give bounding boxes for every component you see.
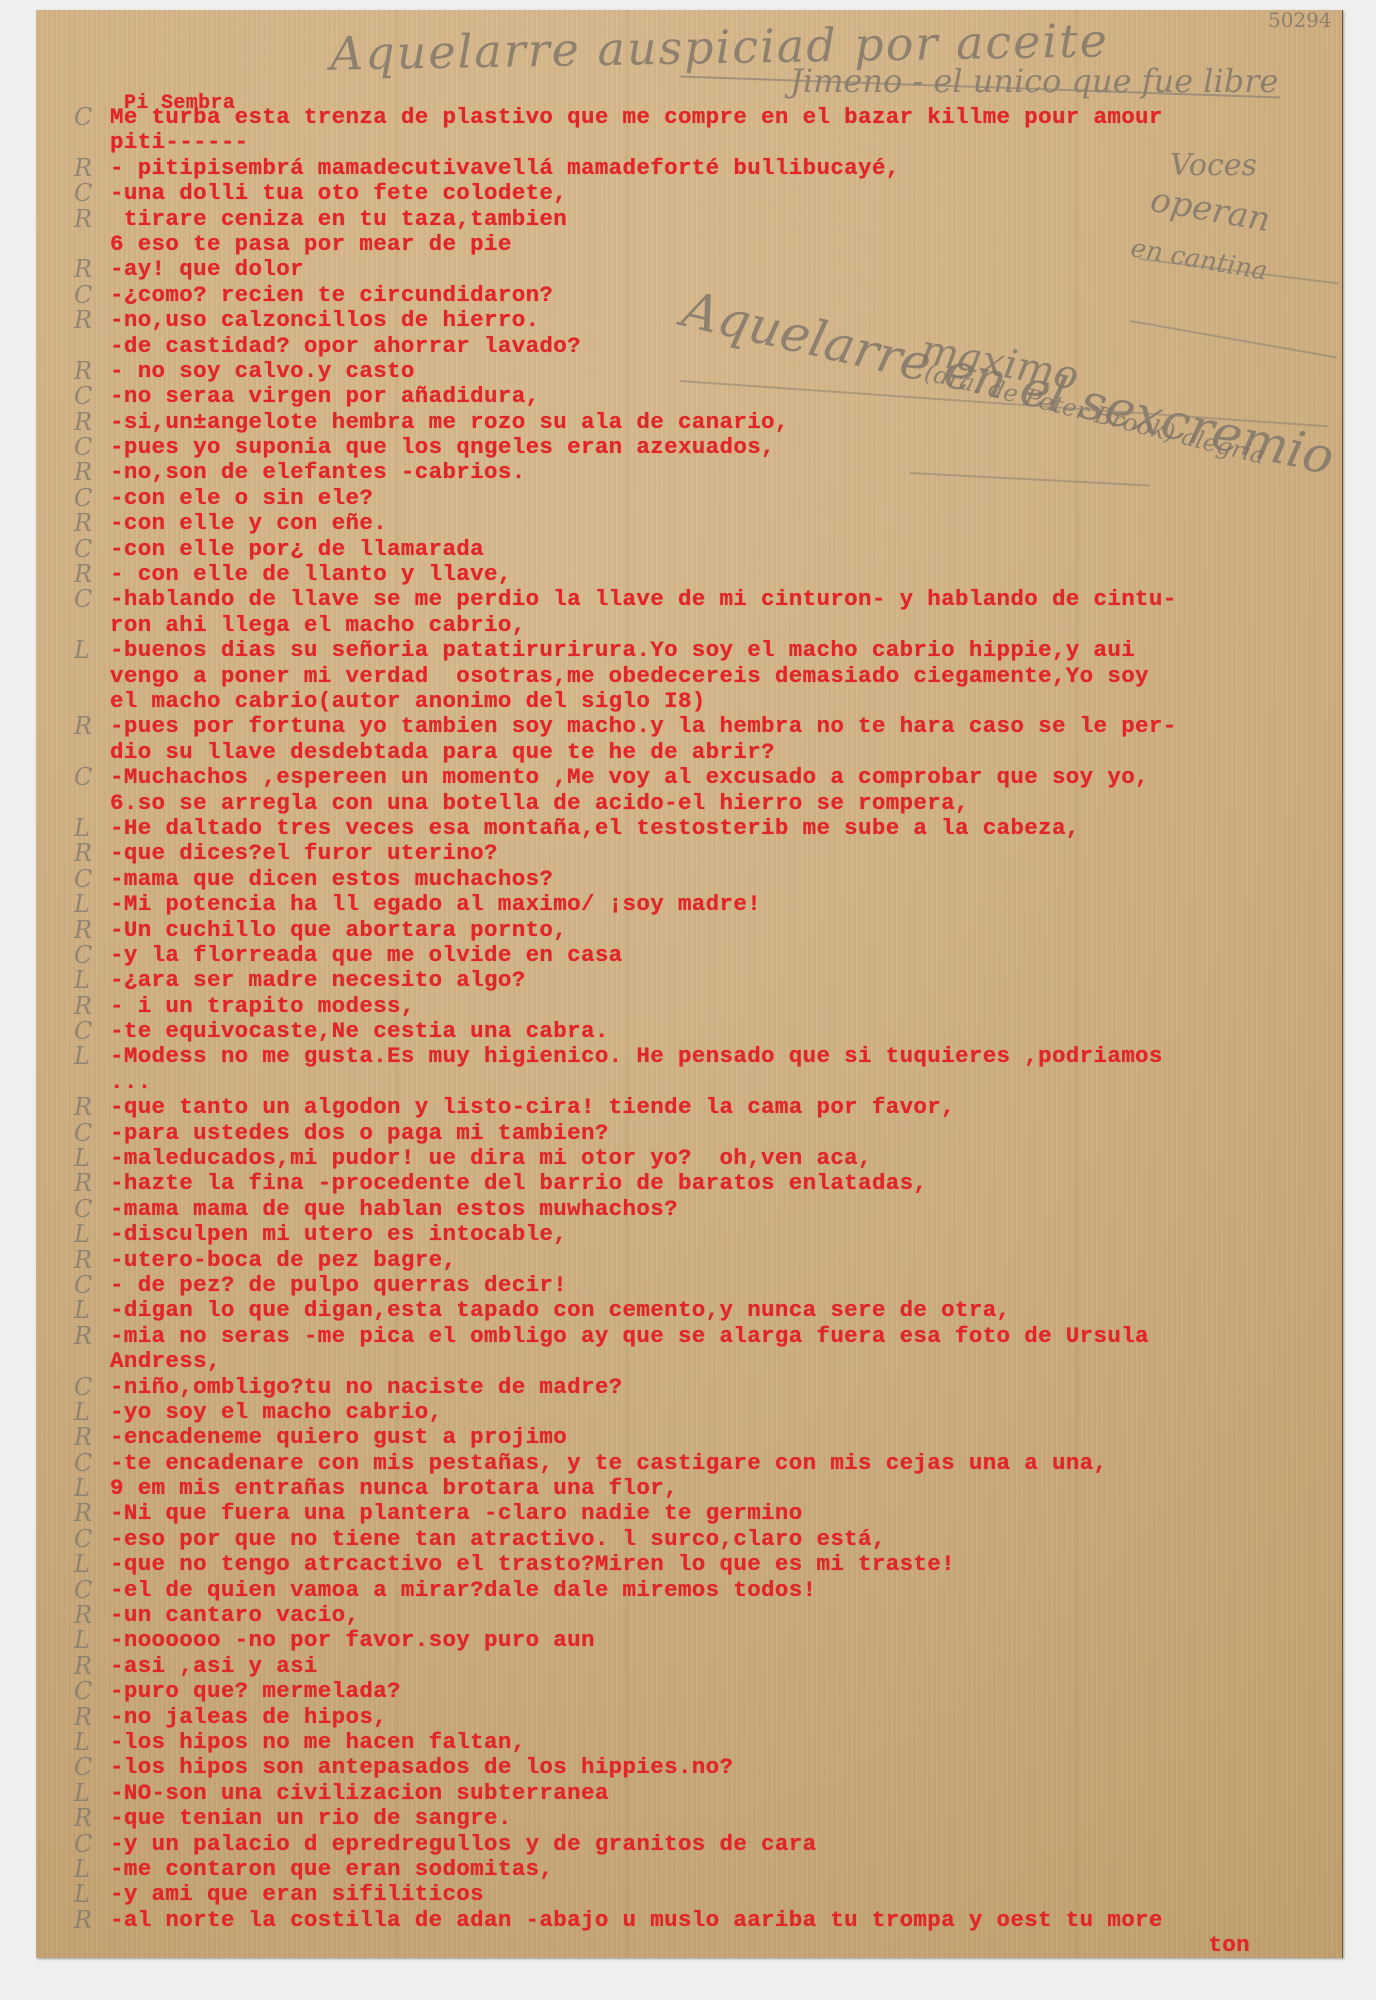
dialogue-line: R-pues por fortuna yo tambien soy macho.… [110, 714, 1330, 739]
dialogue-line: R tirare ceniza en tu taza,tambien [110, 207, 1330, 232]
speaker-mark: R [74, 1908, 92, 1933]
speaker-mark: C [74, 867, 93, 892]
speaker-mark: L [74, 638, 90, 663]
dialogue-line: L-maleducados,mi pudor! ue dira mi otor … [110, 1146, 1330, 1171]
speaker-mark: R [74, 714, 92, 739]
line-text: -Modess no me gusta.Es muy higienico. He… [110, 1043, 1163, 1069]
speaker-mark: C [74, 384, 93, 409]
line-text: -no jaleas de hipos, [110, 1704, 387, 1730]
dialogue-line: C-eso por que no tiene tan atractivo. l … [110, 1527, 1330, 1552]
speaker-mark: R [74, 1171, 92, 1196]
line-text: -¿como? recien te circundidaron? [110, 282, 553, 308]
dialogue-line: CMe turba esta trenza de plastivo que me… [110, 105, 1330, 130]
dialogue-line: C-te equivocaste,Ne cestia una cabra. [110, 1019, 1330, 1044]
dialogue-line: R-que tanto un algodon y listo-cira! tie… [110, 1095, 1330, 1120]
speaker-mark: C [74, 1197, 93, 1222]
line-text: -un cantaro vacio, [110, 1602, 359, 1628]
line-text: -y la florreada que me olvide en casa [110, 942, 623, 968]
speaker-mark: R [74, 257, 92, 282]
line-text: tirare ceniza en tu taza,tambien [110, 206, 567, 232]
speaker-mark: C [74, 435, 93, 460]
line-text: -noooooo -no por favor.soy puro aun [110, 1627, 595, 1653]
dialogue-line: 6 eso te pasa por mear de pie [110, 232, 1330, 257]
speaker-mark: R [74, 562, 92, 587]
speaker-mark: L [74, 1857, 90, 1882]
line-text: -maleducados,mi pudor! ue dira mi otor y… [110, 1145, 872, 1171]
speaker-mark: R [74, 994, 92, 1019]
line-text: -con ele o sin ele? [110, 485, 373, 511]
speaker-mark: C [74, 1527, 93, 1552]
line-text: -eso por que no tiene tan atractivo. l s… [110, 1526, 886, 1552]
dialogue-line: C-y la florreada que me olvide en casa [110, 943, 1330, 968]
line-text: -el de quien vamoa a mirar?dale dale mir… [110, 1577, 816, 1603]
line-text: vengo a poner mi verdad osotras,me obede… [110, 663, 1149, 689]
dialogue-line: L-que no tengo atrcactivo el trasto?Mire… [110, 1552, 1330, 1577]
line-text: -¿ara ser madre necesito algo? [110, 967, 526, 993]
dialogue-line: R- no soy calvo.y casto [110, 359, 1330, 384]
dialogue-line: L-NO-son una civilizacion subterranea [110, 1781, 1330, 1806]
document-number: 50294 [1268, 8, 1332, 32]
line-text: -y ami que eran sifiliticos [110, 1881, 484, 1907]
dialogue-line: piti------ [110, 130, 1330, 155]
dialogue-line: R-hazte la fina -procedente del barrio d… [110, 1171, 1330, 1196]
speaker-mark: C [74, 283, 93, 308]
speaker-mark: R [74, 1095, 92, 1120]
dialogue-line: L-¿ara ser madre necesito algo? [110, 968, 1330, 993]
dialogue-line: L9 em mis entrañas nunca brotara una flo… [110, 1476, 1330, 1501]
dialogue-line: R-un cantaro vacio, [110, 1603, 1330, 1628]
speaker-mark: L [74, 1222, 90, 1247]
line-text: -yo soy el macho cabrio, [110, 1399, 442, 1425]
speaker-mark: L [74, 968, 90, 993]
line-text: -NO-son una civilizacion subterranea [110, 1780, 609, 1806]
line-text: ron ahi llega el macho cabrio, [110, 612, 526, 638]
line-text: - de pez? de pulpo querras decir! [110, 1272, 567, 1298]
dialogue-line: C-mama mama de que hablan estos muwhacho… [110, 1197, 1330, 1222]
dialogue-line: R-utero-boca de pez bagre, [110, 1248, 1330, 1273]
speaker-mark: L [74, 1146, 90, 1171]
dialogue-line: el macho cabrio(autor anonimo del siglo … [110, 689, 1330, 714]
line-text: -de castidad? opor ahorrar lavado? [110, 333, 581, 359]
line-text: -mama mama de que hablan estos muwhachos… [110, 1196, 678, 1222]
dialogue-line: R- i un trapito modess, [110, 994, 1330, 1019]
speaker-mark: L [74, 892, 90, 917]
line-text: 9 em mis entrañas nunca brotara una flor… [110, 1475, 678, 1501]
line-text: -no seraa virgen por añadidura, [110, 383, 539, 409]
dialogue-line: C-hablando de llave se me perdio la llav… [110, 587, 1330, 612]
speaker-mark: R [74, 1501, 92, 1526]
line-text: -utero-boca de pez bagre, [110, 1247, 456, 1273]
dialogue-line: C-el de quien vamoa a mirar?dale dale mi… [110, 1578, 1330, 1603]
speaker-mark: C [74, 943, 93, 968]
speaker-mark: R [74, 1654, 92, 1679]
dialogue-line: L-Mi potencia ha ll egado al maximo/ ¡so… [110, 892, 1330, 917]
line-text: -Ni que fuera una plantera -claro nadie … [110, 1500, 803, 1526]
line-text: - no soy calvo.y casto [110, 358, 415, 384]
dialogue-line: C-¿como? recien te circundidaron? [110, 283, 1330, 308]
speaker-mark: C [74, 1273, 93, 1298]
dialogue-line: C- de pez? de pulpo querras decir! [110, 1273, 1330, 1298]
speaker-mark: R [74, 460, 92, 485]
dialogue-line: L-noooooo -no por favor.soy puro aun [110, 1628, 1330, 1653]
line-text: dio su llave desdebtada para que te he d… [110, 739, 775, 765]
dialogue-line: ton [110, 1933, 1330, 1958]
line-text: -con elle por¿ de llamarada [110, 536, 484, 562]
line-text: -te equivocaste,Ne cestia una cabra. [110, 1018, 609, 1044]
speaker-mark: C [74, 1121, 93, 1146]
dialogue-line: R-encadeneme quiero gust a projimo [110, 1425, 1330, 1450]
typed-dialogue: Pi Sembra CMe turba esta trenza de plast… [110, 105, 1330, 1959]
line-text: -no,son de elefantes -cabrios. [110, 459, 526, 485]
speaker-mark: C [74, 105, 93, 130]
line-text: 6.so se arregla con una botella de acido… [110, 790, 969, 816]
speaker-mark: R [74, 410, 92, 435]
dialogue-line: vengo a poner mi verdad osotras,me obede… [110, 664, 1330, 689]
line-text: -asi ,asi y asi [110, 1653, 318, 1679]
speaker-mark: R [74, 1705, 92, 1730]
dialogue-line: R-al norte la costilla de adan -abajo u … [110, 1908, 1330, 1933]
speaker-mark: C [74, 1375, 93, 1400]
speaker-mark: C [74, 486, 93, 511]
line-text: -niño,ombligo?tu no naciste de madre? [110, 1374, 623, 1400]
line-text: ... [110, 1069, 152, 1095]
speaker-mark: C [74, 1019, 93, 1044]
dialogue-line: R- pitipisembrá mamadecutivavellá mamade… [110, 156, 1330, 181]
dialogue-line: R-Un cuchillo que abortara pornto, [110, 918, 1330, 943]
line-text: -puro que? mermelada? [110, 1678, 401, 1704]
speaker-mark: C [74, 537, 93, 562]
line-text: -Un cuchillo que abortara pornto, [110, 917, 567, 943]
speaker-mark: C [74, 1451, 93, 1476]
line-text: -disculpen mi utero es intocable, [110, 1221, 567, 1247]
dialogue-line: C-no seraa virgen por añadidura, [110, 384, 1330, 409]
line-text: -los hipos no me hacen faltan, [110, 1729, 526, 1755]
dialogue-line: L-me contaron que eran sodomitas, [110, 1857, 1330, 1882]
speaker-mark: L [74, 1781, 90, 1806]
dialogue-line: L-digan lo que digan,esta tapado con cem… [110, 1298, 1330, 1323]
dialogue-line: L-disculpen mi utero es intocable, [110, 1222, 1330, 1247]
dialogue-line: L-yo soy el macho cabrio, [110, 1400, 1330, 1425]
speaker-mark: R [74, 1425, 92, 1450]
dialogue-line: C-te encadenare con mis pestañas, y te c… [110, 1451, 1330, 1476]
dialogue-line: C-con elle por¿ de llamarada [110, 537, 1330, 562]
speaker-mark: L [74, 1400, 90, 1425]
line-text: -buenos dias su señoria patatirurirura.Y… [110, 637, 1135, 663]
dialogue-line: R-ay! que dolor [110, 257, 1330, 282]
dialogue-line: R-Ni que fuera una plantera -claro nadie… [110, 1501, 1330, 1526]
speaker-mark: L [74, 1298, 90, 1323]
line-text: -ay! que dolor [110, 256, 304, 282]
line-text: -que tenian un rio de sangre. [110, 1805, 512, 1831]
speaker-mark: R [74, 359, 92, 384]
speaker-mark: L [74, 1730, 90, 1755]
line-text: Me turba esta trenza de plastivo que me … [110, 104, 1163, 130]
speaker-mark: R [74, 841, 92, 866]
line-text: -que no tengo atrcactivo el trasto?Miren… [110, 1551, 955, 1577]
speaker-mark: R [74, 1603, 92, 1628]
line-text: -hablando de llave se me perdio la llave… [110, 586, 1177, 612]
speaker-mark: R [74, 1806, 92, 1831]
dialogue-line: C-una dolli tua oto fete colodete, [110, 181, 1330, 206]
dialogue-line: -de castidad? opor ahorrar lavado? [110, 334, 1330, 359]
line-text: - con elle de llanto y llave, [110, 561, 512, 587]
line-text: -no,uso calzoncillos de hierro. [110, 307, 539, 333]
speaker-mark: L [74, 1628, 90, 1653]
line-text: -hazte la fina -procedente del barrio de… [110, 1170, 927, 1196]
speaker-mark: C [74, 1755, 93, 1780]
line-text: -con elle y con eñe. [110, 510, 387, 536]
line-text: -digan lo que digan,esta tapado con ceme… [110, 1297, 1010, 1323]
line-text: - pitipisembrá mamadecutivavellá mamadef… [110, 155, 900, 181]
dialogue-line: L-Modess no me gusta.Es muy higienico. H… [110, 1044, 1330, 1069]
dialogue-line: C-pues yo suponia que los qngeles eran a… [110, 435, 1330, 460]
dialogue-line: dio su llave desdebtada para que te he d… [110, 740, 1330, 765]
line-text: ton [1208, 1932, 1250, 1958]
speaker-mark: C [74, 1679, 93, 1704]
speaker-mark: C [74, 587, 93, 612]
line-text: -si,un±angelote hembra me rozo su ala de… [110, 409, 789, 435]
line-text: -me contaron que eran sodomitas, [110, 1856, 553, 1882]
dialogue-line: L-buenos dias su señoria patatirurirura.… [110, 638, 1330, 663]
dialogue-line: C-niño,ombligo?tu no naciste de madre? [110, 1375, 1330, 1400]
line-text: -encadeneme quiero gust a projimo [110, 1424, 567, 1450]
dialogue-line: Andress, [110, 1349, 1330, 1374]
line-text: -al norte la costilla de adan -abajo u m… [110, 1907, 1163, 1933]
dialogue-line: C-para ustedes dos o paga mi tambien? [110, 1121, 1330, 1146]
dialogue-line: R-con elle y con eñe. [110, 511, 1330, 536]
dialogue-line: 6.so se arregla con una botella de acido… [110, 791, 1330, 816]
line-text: -Muchachos ,espereen un momento ,Me voy … [110, 764, 1149, 790]
line-text: -te encadenare con mis pestañas, y te ca… [110, 1450, 1107, 1476]
line-text: -He daltado tres veces esa montaña,el te… [110, 815, 1080, 841]
dialogue-line: R- con elle de llanto y llave, [110, 562, 1330, 587]
dialogue-line: C-y un palacio d epredregullos y de gran… [110, 1832, 1330, 1857]
line-text: -Mi potencia ha ll egado al maximo/ ¡soy… [110, 891, 761, 917]
speaker-mark: C [74, 181, 93, 206]
line-text: -y un palacio d epredregullos y de grani… [110, 1831, 816, 1857]
dialogue-line: R-no,son de elefantes -cabrios. [110, 460, 1330, 485]
dialogue-line: C-mama que dicen estos muchachos? [110, 867, 1330, 892]
dialogue-line: R-que tenian un rio de sangre. [110, 1806, 1330, 1831]
dialogue-line: ron ahi llega el macho cabrio, [110, 613, 1330, 638]
line-text: -una dolli tua oto fete colodete, [110, 180, 567, 206]
speaker-mark: L [74, 1552, 90, 1577]
speaker-mark: R [74, 918, 92, 943]
line-text: el macho cabrio(autor anonimo del siglo … [110, 688, 706, 714]
line-text: Andress, [110, 1348, 221, 1374]
dialogue-line: R-no jaleas de hipos, [110, 1705, 1330, 1730]
line-text: 6 eso te pasa por mear de pie [110, 231, 512, 257]
speaker-mark: R [74, 207, 92, 232]
speaker-mark: L [74, 1476, 90, 1501]
line-text: -que tanto un algodon y listo-cira! tien… [110, 1094, 955, 1120]
line-text: -que dices?el furor uterino? [110, 840, 498, 866]
line-text: -pues yo suponia que los qngeles eran az… [110, 434, 775, 460]
line-text: -pues por fortuna yo tambien soy macho.y… [110, 713, 1177, 739]
dialogue-line: R-mia no seras -me pica el ombligo ay qu… [110, 1324, 1330, 1349]
line-text: piti------ [110, 129, 249, 155]
dialogue-line: L-los hipos no me hacen faltan, [110, 1730, 1330, 1755]
speaker-mark: L [74, 1044, 90, 1069]
dialogue-line: C-Muchachos ,espereen un momento ,Me voy… [110, 765, 1330, 790]
speaker-mark: R [74, 1248, 92, 1273]
dialogue-line: ... [110, 1070, 1330, 1095]
dialogue-line: C-con ele o sin ele? [110, 486, 1330, 511]
line-text: -mia no seras -me pica el ombligo ay que… [110, 1323, 1149, 1349]
line-text: - i un trapito modess, [110, 993, 415, 1019]
line-text: -mama que dicen estos muchachos? [110, 866, 553, 892]
speaker-mark: R [74, 156, 92, 181]
dialogue-line: L-He daltado tres veces esa montaña,el t… [110, 816, 1330, 841]
dialogue-line: C-los hipos son antepasados de los hippi… [110, 1755, 1330, 1780]
speaker-mark: C [74, 1578, 93, 1603]
speaker-mark: R [74, 511, 92, 536]
speaker-mark: C [74, 1832, 93, 1857]
line-text: -los hipos son antepasados de los hippie… [110, 1754, 733, 1780]
dialogue-line: L-y ami que eran sifiliticos [110, 1882, 1330, 1907]
dialogue-line: R-asi ,asi y asi [110, 1654, 1330, 1679]
dialogue-line: R-si,un±angelote hembra me rozo su ala d… [110, 410, 1330, 435]
dialogue-line: R-no,uso calzoncillos de hierro. [110, 308, 1330, 333]
dialogue-line: R-que dices?el furor uterino? [110, 841, 1330, 866]
speaker-mark: R [74, 1324, 92, 1349]
speaker-mark: C [74, 765, 93, 790]
speaker-mark: R [74, 308, 92, 333]
speaker-mark: L [74, 816, 90, 841]
speaker-mark: L [74, 1882, 90, 1907]
line-text: -para ustedes dos o paga mi tambien? [110, 1120, 609, 1146]
dialogue-line: C-puro que? mermelada? [110, 1679, 1330, 1704]
